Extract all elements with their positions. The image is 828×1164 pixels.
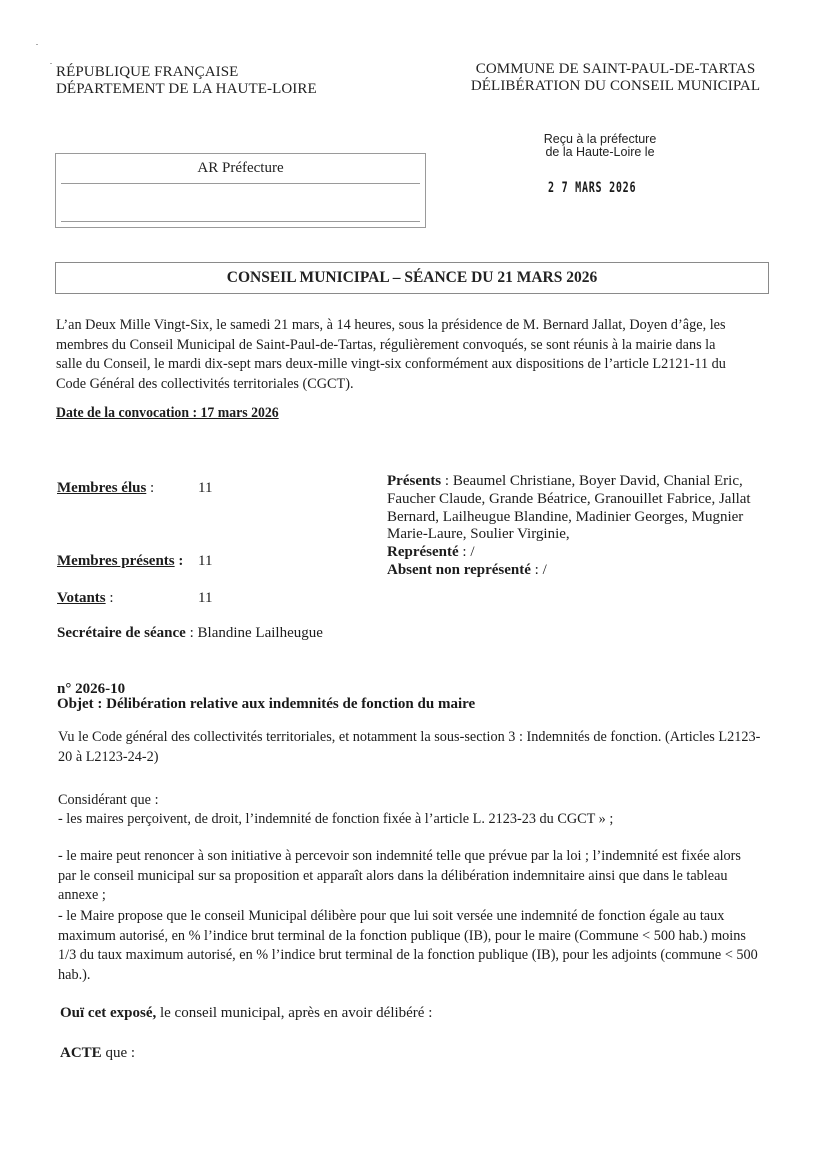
ar-prefecture-title: AR Préfecture [56, 160, 425, 177]
ar-divider [61, 221, 420, 222]
membres-presents-value: 11 [198, 553, 212, 570]
stamp-date: 2 7 MARS 2026 [548, 180, 636, 196]
header-deliberation: DÉLIBÉRATION DU CONSEIL MUNICIPAL [464, 78, 767, 95]
stamp-line: de la Haute-Loire le [520, 146, 680, 159]
votants-label: Votants : [57, 590, 114, 607]
scan-speck [36, 44, 38, 45]
ar-divider [61, 183, 420, 184]
deliberation-number: n° 2026-10 [57, 681, 125, 697]
header-departement: DÉPARTEMENT DE LA HAUTE-LOIRE [56, 81, 317, 98]
scan-speck [50, 63, 52, 64]
membres-elus-label: Membres élus : [57, 480, 154, 497]
seance-title: CONSEIL MUNICIPAL – SÉANCE DU 21 MARS 20… [227, 269, 597, 287]
considerant-point: - le Maire propose que le conseil Munici… [58, 907, 761, 985]
convocation-date: Date de la convocation : 17 mars 2026 [56, 404, 279, 424]
header-commune: COMMUNE DE SAINT-PAUL-DE-TARTAS [464, 61, 767, 78]
ar-prefecture-box: AR Préfecture [55, 153, 426, 228]
membres-elus-value: 11 [198, 480, 212, 497]
absent-non-represente: Absent non représenté : / [387, 562, 787, 580]
seance-title-box: CONSEIL MUNICIPAL – SÉANCE DU 21 MARS 20… [55, 262, 769, 294]
intro-paragraph: L’an Deux Mille Vingt-Six, le samedi 21 … [56, 316, 740, 394]
oui-cet-expose: Ouï cet exposé, le conseil municipal, ap… [60, 1005, 432, 1022]
presents-list: Présents : Beaumel Christiane, Boyer Dav… [387, 473, 787, 544]
acte-que: ACTE que : [60, 1045, 135, 1062]
presence-block: Présents : Beaumel Christiane, Boyer Dav… [387, 473, 787, 580]
reception-stamp: Reçu à la préfecture de la Haute-Loire l… [520, 133, 680, 159]
votants-value: 11 [198, 590, 212, 607]
considerant-point: - les maires perçoivent, de droit, l’ind… [58, 810, 761, 830]
header-left: RÉPUBLIQUE FRANÇAISE DÉPARTEMENT DE LA H… [56, 64, 317, 98]
considerant-heading: Considérant que : [58, 791, 761, 811]
vu-paragraph: Vu le Code général des collectivités ter… [58, 728, 761, 767]
deliberation-objet: Objet : Délibération relative aux indemn… [57, 696, 475, 712]
considerant-point: - le maire peut renoncer à son initiativ… [58, 847, 761, 906]
secretaire-seance: Secrétaire de séance : Blandine Lailheug… [57, 625, 323, 642]
header-right: COMMUNE DE SAINT-PAUL-DE-TARTAS DÉLIBÉRA… [464, 61, 767, 95]
represente: Représenté : / [387, 544, 787, 562]
header-republique: RÉPUBLIQUE FRANÇAISE [56, 64, 317, 81]
membres-presents-label: Membres présents : [57, 553, 183, 570]
